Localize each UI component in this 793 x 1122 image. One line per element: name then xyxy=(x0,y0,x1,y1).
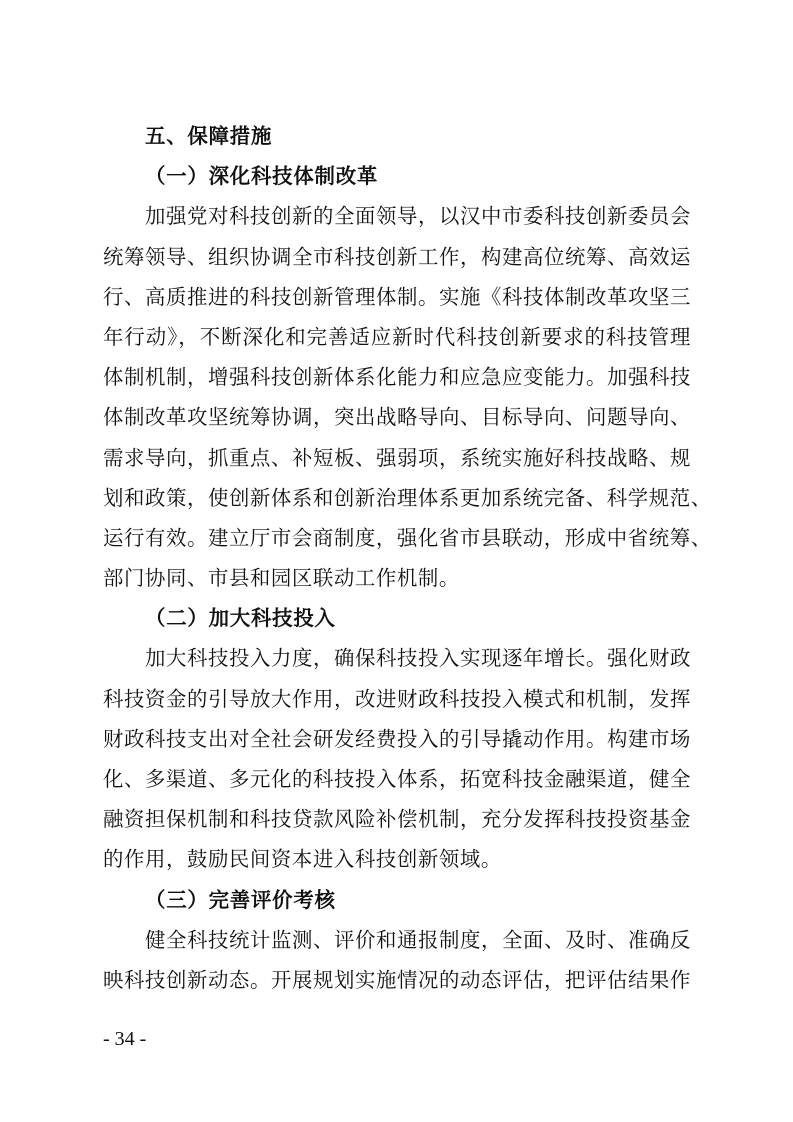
paragraph-line: 健全科技统计监测、评价和通报制度，全面、及时、准确反 xyxy=(103,920,691,960)
paragraph-line: 年行动》，不断深化和完善适应新时代科技创新要求的科技管理 xyxy=(103,317,691,357)
paragraph-line: 统筹领导、组织协调全市科技创新工作，构建高位统筹、高效运 xyxy=(103,237,691,277)
paragraph-line: 科技资金的引导放大作用，改进财政科技投入模式和机制，发挥 xyxy=(103,679,691,719)
paragraph-line: 加大科技投入力度，确保科技投入实现逐年增长。强化财政 xyxy=(103,638,691,678)
subsection-heading-1: （一）深化科技体制改革 xyxy=(103,156,691,196)
paragraph-line: 部门协同、市县和园区联动工作机制。 xyxy=(103,558,691,598)
document-page: 五、保障措施 （一）深化科技体制改革 加强党对科技创新的全面领导，以汉中市委科技… xyxy=(103,116,691,1000)
paragraph-line: 划和政策，使创新体系和创新治理体系更加系统完备、科学规范、 xyxy=(103,478,691,518)
paragraph-line: 融资担保机制和科技贷款风险补偿机制，充分发挥科技投资基金 xyxy=(103,799,691,839)
paragraph-line: 体制改革攻坚统筹协调，突出战略导向、目标导向、问题导向、 xyxy=(103,397,691,437)
section-heading: 五、保障措施 xyxy=(103,116,691,156)
paragraph-line: 运行有效。建立厅市会商制度，强化省市县联动，形成中省统筹、 xyxy=(103,518,691,558)
page-number: - 34 - xyxy=(103,1028,146,1051)
paragraph-line: 加强党对科技创新的全面领导，以汉中市委科技创新委员会 xyxy=(103,196,691,236)
paragraph-line: 的作用，鼓励民间资本进入科技创新领域。 xyxy=(103,839,691,879)
paragraph-line: 体制机制，增强科技创新体系化能力和应急应变能力。加强科技 xyxy=(103,357,691,397)
paragraph-line: 行、高质推进的科技创新管理体制。实施《科技体制改革攻坚三 xyxy=(103,277,691,317)
paragraph-line: 需求导向，抓重点、补短板、强弱项，系统实施好科技战略、规 xyxy=(103,438,691,478)
subsection-heading-2: （二）加大科技投入 xyxy=(103,598,691,638)
paragraph-line: 映科技创新动态。开展规划实施情况的动态评估，把评估结果作 xyxy=(103,960,691,1000)
paragraph-line: 化、多渠道、多元化的科技投入体系，拓宽科技金融渠道，健全 xyxy=(103,759,691,799)
subsection-heading-3: （三）完善评价考核 xyxy=(103,880,691,920)
paragraph-line: 财政科技支出对全社会研发经费投入的引导撬动作用。构建市场 xyxy=(103,719,691,759)
